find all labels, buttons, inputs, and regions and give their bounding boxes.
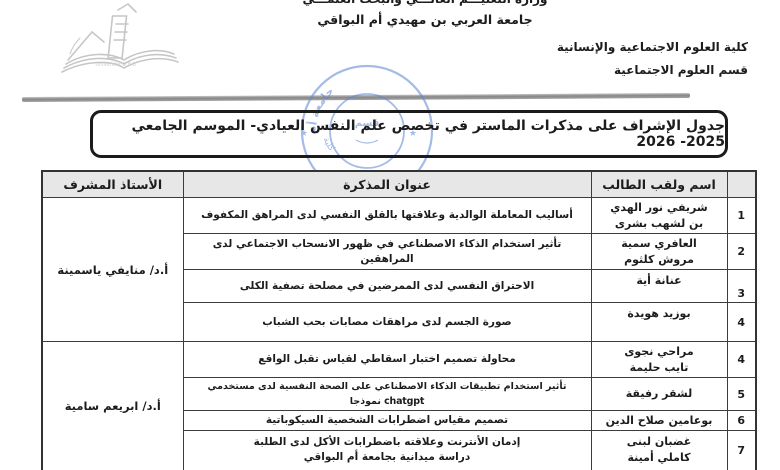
row-number: 3 — [727, 270, 756, 303]
col-header-student: اسم ولقب الطالب — [591, 171, 727, 198]
table-row: 4 مراحي نجوى تايب حليمة محاولة تصميم اخت… — [42, 342, 756, 378]
ministry-text: وزارة التعليـــم العالـــي والبحث العلمـ… — [252, 0, 598, 8]
university-text: جامعة العربي بن مهيدي أم البواقي — [252, 11, 598, 28]
thesis-title: الاحتراق النفسي لدى الممرضين في مصلحة تص… — [183, 270, 591, 303]
student-name: العافري سمية مروش كلثوم — [591, 234, 727, 270]
faculty-header: كلية العلوم الاجتماعية والإنسانية قسم ال… — [557, 36, 748, 82]
ministry-header: وزارة التعليـــم العالـــي والبحث العلمـ… — [252, 0, 598, 28]
student-name: شريفي نور الهدي بن لشهب بشرى — [591, 198, 727, 234]
thesis-title: تأثير استخدام تطبيقات الذكاء الاصطناعي ع… — [183, 378, 591, 411]
page-title-text: جدول الإشراف على مذكرات الماستر في تخصص … — [93, 118, 725, 150]
university-logo-icon: Université O E B — [52, 2, 188, 84]
student-name: لشقر رفيقة — [591, 378, 727, 411]
svg-text:Université O E B: Université O E B — [95, 61, 136, 68]
col-header-number — [727, 171, 756, 198]
department-text: قسم العلوم الاجتماعية — [557, 59, 748, 82]
supervisor-name: أ.د/ ابريعم سامية — [42, 342, 183, 470]
row-number: 5 — [727, 378, 756, 411]
row-number: 4 — [727, 303, 756, 342]
row-number: 7 — [727, 431, 756, 470]
document-page: Université O E B وزارة التعليـــم العالـ… — [0, 0, 780, 470]
supervisor-name: أ.د/ منايفي ياسمينة — [42, 198, 183, 342]
page-title: جدول الإشراف على مذكرات الماستر في تخصص … — [90, 110, 728, 158]
thesis-title: إدمان الأنترنت وعلاقته باضطرابات الأكل ل… — [183, 431, 591, 470]
thesis-title: محاولة تصميم اختبار اسقاطي لقياس تقبل ال… — [183, 342, 591, 378]
student-name: عنانة أية — [591, 270, 727, 303]
table-header-row: اسم ولقب الطالب عنوان المذكرة الأستاذ ال… — [42, 171, 756, 198]
student-name: مراحي نجوى تايب حليمة — [591, 342, 727, 378]
faculty-text: كلية العلوم الاجتماعية والإنسانية — [557, 36, 748, 59]
thesis-title: صورة الجسم لدى مراهقات مصابات بحب الشباب — [183, 303, 591, 342]
row-number: 4 — [727, 342, 756, 378]
supervision-table: اسم ولقب الطالب عنوان المذكرة الأستاذ ال… — [41, 170, 757, 470]
student-name: بوعامين صلاح الدين — [591, 411, 727, 431]
table-row: 1 شريفي نور الهدي بن لشهب بشرى أساليب ال… — [42, 198, 756, 234]
col-header-thesis: عنوان المذكرة — [183, 171, 591, 198]
row-number: 2 — [727, 234, 756, 270]
row-number: 6 — [727, 411, 756, 431]
thesis-title: أساليب المعاملة الوالدية وعلاقتها بالقلق… — [183, 198, 591, 234]
col-header-supervisor: الأستاذ المشرف — [42, 171, 183, 198]
thesis-title: تصميم مقياس اضطرابات الشخصية السيكوباتية — [183, 411, 591, 431]
thesis-title: تأثير استخدام الذكاء الاصطناعي في ظهور ا… — [183, 234, 591, 270]
row-number: 1 — [727, 198, 756, 234]
student-name: غضبان لبنى كاملي أمينة — [591, 431, 727, 470]
student-name: بوزيد هويدة — [591, 303, 727, 342]
